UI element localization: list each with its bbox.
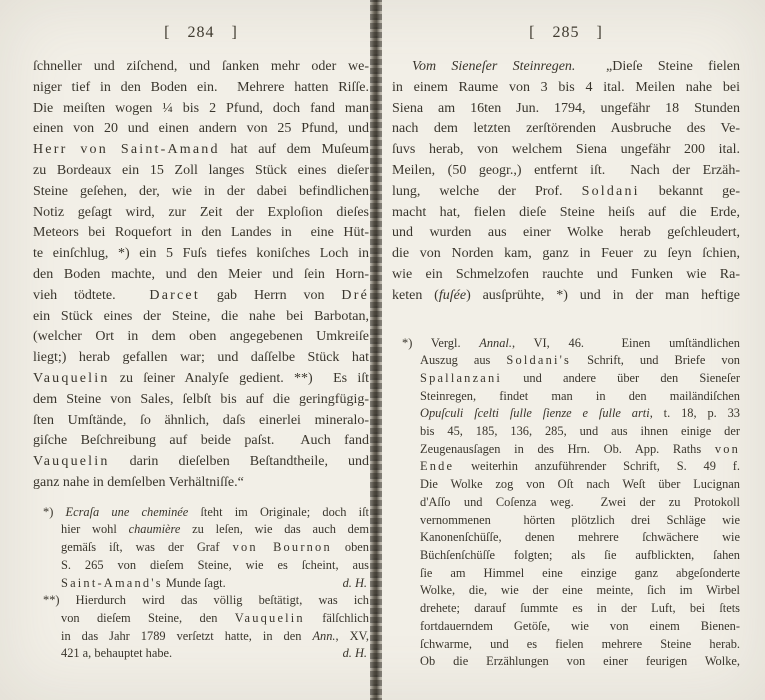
page-285: [ 285 ] Vom Sieneſer Steinregen. „Dieſe … <box>392 0 740 671</box>
text-segment: von Bournon <box>233 540 332 554</box>
text-line: einen von 20 und einen andern von 25 Pfu… <box>33 119 369 140</box>
text-segment: Spallanzani <box>420 371 502 385</box>
text-line: lung, welche der Prof. Soldani bekannt g… <box>392 182 740 203</box>
text-segment: gemäſs iſt, was der Graf <box>61 540 233 554</box>
text-segment: Vauquelin <box>235 611 305 625</box>
text-segment: Steine geſehen, der, wie in der dabei be… <box>33 184 369 199</box>
text-line: Kanonenſchüſſe, denen mehrere ſchwächere… <box>392 529 740 547</box>
text-segment: Auszug aus <box>420 353 506 367</box>
text-segment: Saint-Amand's <box>61 576 163 590</box>
text-segment: einen von 20 und einen andern von 25 Pfu… <box>33 121 369 136</box>
page-number-284: [ 284 ] <box>33 24 369 42</box>
text-line: Opuſculi ſcelti ſulle ſienze e ſulle art… <box>392 405 740 423</box>
text-line: Spallanzani und andere über den Sieneſer <box>392 370 740 388</box>
text-segment: Darcet <box>149 288 200 303</box>
text-line: Auszug aus Soldani's Schrift, und Briefe… <box>392 352 740 370</box>
text-line: Notiz geſagt wird, zur Zeit der Exploſio… <box>33 203 369 224</box>
text-segment: hat auf dem Muſeum <box>220 142 369 157</box>
text-line: (welcher Ort in dem oben angegebenen Umk… <box>33 327 369 348</box>
text-segment: Opuſculi ſcelti ſulle ſienze e ſulle art… <box>420 406 650 420</box>
text-segment: *) Vergl. <box>402 336 479 350</box>
text-segment: giſche Beſchreibung auf beide paſst. Auc… <box>33 433 369 448</box>
text-segment: ein Stück eines der Steine, die nahe bei… <box>33 309 369 324</box>
text-segment: Munde ſagt. <box>163 576 226 590</box>
text-segment: weiterhin anzuführender Schrift, S. 49 f… <box>454 459 740 473</box>
text-segment: Ende <box>420 459 454 473</box>
text-segment: chaumière <box>129 522 181 536</box>
text-line: te einſchlug, *) ein 5 Fuſs tiefes koniſ… <box>33 244 369 265</box>
text-segment: ) ausſprühte, *) und in der man heftige <box>466 288 740 303</box>
text-segment: und wurden aus einer Wolke herab geſchle… <box>392 225 740 240</box>
text-line: den Boden machte, und den Meier und ſein… <box>33 265 369 286</box>
text-segment: darin dieſelben Beſtandtheile, und <box>110 454 369 469</box>
text-segment: fälſchlich <box>305 611 369 625</box>
text-segment: Wolke, die, wie der eine meinte, ſich im… <box>420 583 740 597</box>
text-segment: Siena am 16ten Jun. 1794, ungefähr 18 St… <box>392 101 740 116</box>
page-285-main-text: Vom Sieneſer Steinregen. „Dieſe Steine f… <box>392 57 740 307</box>
text-segment: ſuvs herab, von welchem Siena ungefähr 2… <box>392 142 740 157</box>
text-line: ſie am Himmel eine einzige ganz abgeſond… <box>392 565 740 583</box>
text-segment: zu Bordeaux ein 15 Zoll langes Stück ein… <box>33 163 369 178</box>
text-line: Siena am 16ten Jun. 1794, ungefähr 18 St… <box>392 99 740 120</box>
text-segment: in einem Raume von 3 bis 4 ital. Meilen … <box>392 80 740 95</box>
text-segment: Dré <box>341 288 369 303</box>
text-segment: in das Jahr 1789 verſetzt hatte, in den <box>61 629 312 643</box>
text-line: dem Steine von Sales, ſelbſt bis auf die… <box>33 390 369 411</box>
text-segment: , XV, <box>336 629 370 643</box>
text-segment: , t. 18, p. 33 <box>650 406 740 420</box>
text-line: Steinregen, findet man in den mailändiſc… <box>392 388 740 406</box>
text-segment: **) Hierdurch wird das völlig beſtätigt,… <box>43 593 369 607</box>
text-line: 421 a, behauptet habe.d. H. <box>33 645 369 663</box>
text-segment: ſteht im Originale; doch iſt <box>188 505 369 519</box>
text-segment: vernommenen hörten plötzlich drei Schläg… <box>420 513 740 527</box>
text-line: in einem Raume von 3 bis 4 ital. Meilen … <box>392 78 740 99</box>
text-line: d'Aſſo und Coſenza weg. Zwei der zu Prot… <box>392 494 740 512</box>
text-line: Herr von Saint-Amand hat auf dem Muſeum <box>33 140 369 161</box>
text-line: **) Hierdurch wird das völlig beſtätigt,… <box>33 592 369 610</box>
text-line: ſten Umſtände, ſo ähnlich, daſs einerlei… <box>33 411 369 432</box>
text-segment: fuſée <box>439 288 466 303</box>
text-segment: lung, welche der Prof. <box>392 184 582 199</box>
text-segment: Steinregen, findet man in den mailändiſc… <box>420 389 740 403</box>
text-line: Wolke, die, wie der eine meinte, ſich im… <box>392 582 740 600</box>
text-segment: Schrift, und Briefe von <box>571 353 740 367</box>
text-segment: von dieſem Steine, den <box>61 611 235 625</box>
book-gutter-shadow <box>370 0 382 700</box>
text-line: ganz nahe in demſelben Verhältniſſe.“ <box>33 473 369 494</box>
text-line: zu Bordeaux ein 15 Zoll langes Stück ein… <box>33 161 369 182</box>
text-segment: fortdauerndem Getöſe, wie von einem Bien… <box>420 619 740 633</box>
text-segment: keten ( <box>392 288 439 303</box>
text-line: Ende weiterhin anzuführender Schrift, S.… <box>392 458 740 476</box>
text-line: nach dem letzten zerſtörenden Ausbruche … <box>392 119 740 140</box>
text-segment: gab Herrn von <box>200 288 341 303</box>
text-line: giſche Beſchreibung auf beide paſst. Auc… <box>33 431 369 452</box>
text-line: bis 45, 185, 136, 285, und aus ihnen ein… <box>392 423 740 441</box>
text-line: vieh tödtete. Darcet gab Herrn von Dré <box>33 286 369 307</box>
text-line: keten (fuſée) ausſprühte, *) und in der … <box>392 286 740 307</box>
text-segment: drehete; darauf ſummte es in der Luft, b… <box>420 601 740 615</box>
text-segment: bis 45, 185, 136, 285, und aus ihnen ein… <box>420 424 740 438</box>
text-line: niger tief in den Boden ein. Mehrere hat… <box>33 78 369 99</box>
text-segment: Ob die Erzählungen von einer feurigen Wo… <box>420 654 740 668</box>
text-segment: von <box>715 442 740 456</box>
text-line: Ob die Erzählungen von einer feurigen Wo… <box>392 653 740 671</box>
text-line: ſchwarme, und es fielen mehrere Steine h… <box>392 636 740 654</box>
text-segment: nach dem letzten zerſtörenden Ausbruche … <box>392 121 740 136</box>
text-segment: Soldani's <box>506 353 571 367</box>
text-segment: zu ſeiner Analyſe gedient. **) Es iſt <box>110 371 369 386</box>
text-segment: Ecraſa une cheminée <box>66 505 189 519</box>
page-285-footnotes: *) Vergl. Annal., VI, 46. Einen umſtändl… <box>392 335 740 671</box>
text-segment: Herr von Saint-Amand <box>33 142 220 157</box>
text-segment: liegt;) herab gefallen war; und daſſelbe… <box>33 350 369 365</box>
page-284-footnotes: *) Ecraſa une cheminée ſteht im Original… <box>33 504 369 663</box>
page-284-main-text: ſchneller und ziſchend, und ſanken mehr … <box>33 57 369 494</box>
footnote-signature: d. H. <box>343 575 367 593</box>
text-segment: Soldani <box>582 184 640 199</box>
text-segment: macht hat, fielen dieſe Steine heiſs auf… <box>392 205 740 220</box>
text-line: in das Jahr 1789 verſetzt hatte, in den … <box>33 628 369 646</box>
text-line: Meteors bei Roquefort in den Landes in e… <box>33 223 369 244</box>
text-line: die von Norden kam, ganz in Feuer zu ſey… <box>392 244 740 265</box>
text-line: S. 265 von dieſem Steine, wie es ſcheint… <box>33 557 369 575</box>
text-segment: Ann. <box>312 629 335 643</box>
text-segment: Meteors bei Roquefort in den Landes in e… <box>33 225 369 240</box>
text-line: Vom Sieneſer Steinregen. „Dieſe Steine f… <box>392 57 740 78</box>
text-segment: (welcher Ort in dem oben angegebenen Umk… <box>33 329 369 344</box>
text-line: und wurden aus einer Wolke herab geſchle… <box>392 223 740 244</box>
text-line: ein Stück eines der Steine, die nahe bei… <box>33 307 369 328</box>
text-line: Vauquelin zu ſeiner Analyſe gedient. **)… <box>33 369 369 390</box>
text-segment: ſie am Himmel eine einzige ganz abgeſond… <box>420 566 740 580</box>
text-line: gemäſs iſt, was der Graf von Bournon obe… <box>33 539 369 557</box>
page-284: [ 284 ] ſchneller und ziſchend, und ſank… <box>33 0 369 663</box>
text-segment: Die meiſten wogen ¼ bis 2 Pfund, doch fa… <box>33 101 369 116</box>
text-line: liegt;) herab gefallen war; und daſſelbe… <box>33 348 369 369</box>
text-line: macht hat, fielen dieſe Steine heiſs auf… <box>392 203 740 224</box>
text-segment: *) <box>43 505 66 519</box>
text-line: Meilen, (50 geogr.,) entfernt iſt. Nach … <box>392 161 740 182</box>
text-line: hier wohl chaumière zu leſen, wie das au… <box>33 521 369 539</box>
text-segment: Kanonenſchüſſe, denen mehrere ſchwächere… <box>420 530 740 544</box>
text-line: Steine geſehen, der, wie in der dabei be… <box>33 182 369 203</box>
text-segment: den Boden machte, und den Meier und ſein… <box>33 267 369 282</box>
text-line: *) Vergl. Annal., VI, 46. Einen umſtändl… <box>392 335 740 353</box>
text-segment: Meilen, (50 geogr.,) entfernt iſt. Nach … <box>392 163 740 178</box>
text-segment: Die Wolke zog von Oſt nach Weſt über Luc… <box>420 477 740 491</box>
text-line: ſuvs herab, von welchem Siena ungefähr 2… <box>392 140 740 161</box>
text-segment: Vauquelin <box>33 371 110 386</box>
text-segment: die von Norden kam, ganz in Feuer zu ſey… <box>392 246 740 261</box>
text-segment: Vom Sieneſer Steinregen. <box>412 59 575 74</box>
text-segment: Notiz geſagt wird, zur Zeit der Exploſio… <box>33 205 369 220</box>
text-segment: te einſchlug, *) ein 5 Fuſs tiefes koniſ… <box>33 246 369 261</box>
footnote-signature: d. H. <box>343 645 367 663</box>
text-segment: ſchwarme, und es fielen mehrere Steine h… <box>420 637 740 651</box>
text-segment: Zeugenausſagen in des Hrn. Ob. App. Rath… <box>420 442 715 456</box>
text-line: Vauquelin darin dieſelben Beſtandtheile,… <box>33 452 369 473</box>
text-segment: , VI, 46. Einen umſtändlichen <box>512 336 740 350</box>
text-segment: ganz nahe in demſelben Verhältniſſe.“ <box>33 475 244 490</box>
text-segment: ſchneller und ziſchend, und ſanken mehr … <box>33 59 369 74</box>
text-segment: bekannt ge- <box>640 184 740 199</box>
text-segment: oben <box>332 540 369 554</box>
text-segment: vieh tödtete. <box>33 288 149 303</box>
text-line: Büchſenſchüſſe folgten; als ſie aufblick… <box>392 547 740 565</box>
text-line: Saint-Amand's Munde ſagt.d. H. <box>33 575 369 593</box>
text-line: *) Ecraſa une cheminée ſteht im Original… <box>33 504 369 522</box>
text-segment: und andere über den Sieneſer <box>502 371 740 385</box>
text-segment: wie ein Schmelzofen rauchte und Funken w… <box>392 267 740 282</box>
text-segment: Büchſenſchüſſe folgten; als ſie aufblick… <box>420 548 740 562</box>
text-segment: dem Steine von Sales, ſelbſt bis auf die… <box>33 392 369 407</box>
scanned-book-spread: [ 284 ] ſchneller und ziſchend, und ſank… <box>0 0 765 700</box>
text-line: vernommenen hörten plötzlich drei Schläg… <box>392 512 740 530</box>
text-line: Die meiſten wogen ¼ bis 2 Pfund, doch fa… <box>33 99 369 120</box>
text-line: Die Wolke zog von Oſt nach Weſt über Luc… <box>392 476 740 494</box>
text-segment: ſten Umſtände, ſo ähnlich, daſs einerlei… <box>33 413 369 428</box>
text-segment: zu leſen, wie das auch dem <box>180 522 369 536</box>
text-segment: Annal. <box>479 336 512 350</box>
text-segment: „Dieſe Steine fielen <box>575 59 740 74</box>
text-line: ſchneller und ziſchend, und ſanken mehr … <box>33 57 369 78</box>
text-segment: Vauquelin <box>33 454 110 469</box>
text-segment: 421 a, behauptet habe. <box>61 646 172 660</box>
text-segment: hier wohl <box>61 522 129 536</box>
text-line: fortdauerndem Getöſe, wie von einem Bien… <box>392 618 740 636</box>
text-segment: S. 265 von dieſem Steine, wie es ſcheint… <box>61 558 369 572</box>
text-line: wie ein Schmelzofen rauchte und Funken w… <box>392 265 740 286</box>
text-line: von dieſem Steine, den Vauquelin fälſchl… <box>33 610 369 628</box>
page-number-285: [ 285 ] <box>392 24 740 42</box>
text-line: drehete; darauf ſummte es in der Luft, b… <box>392 600 740 618</box>
text-segment: d'Aſſo und Coſenza weg. Zwei der zu Prot… <box>420 495 740 509</box>
text-segment: niger tief in den Boden ein. Mehrere hat… <box>33 80 369 95</box>
text-line: Zeugenausſagen in des Hrn. Ob. App. Rath… <box>392 441 740 459</box>
